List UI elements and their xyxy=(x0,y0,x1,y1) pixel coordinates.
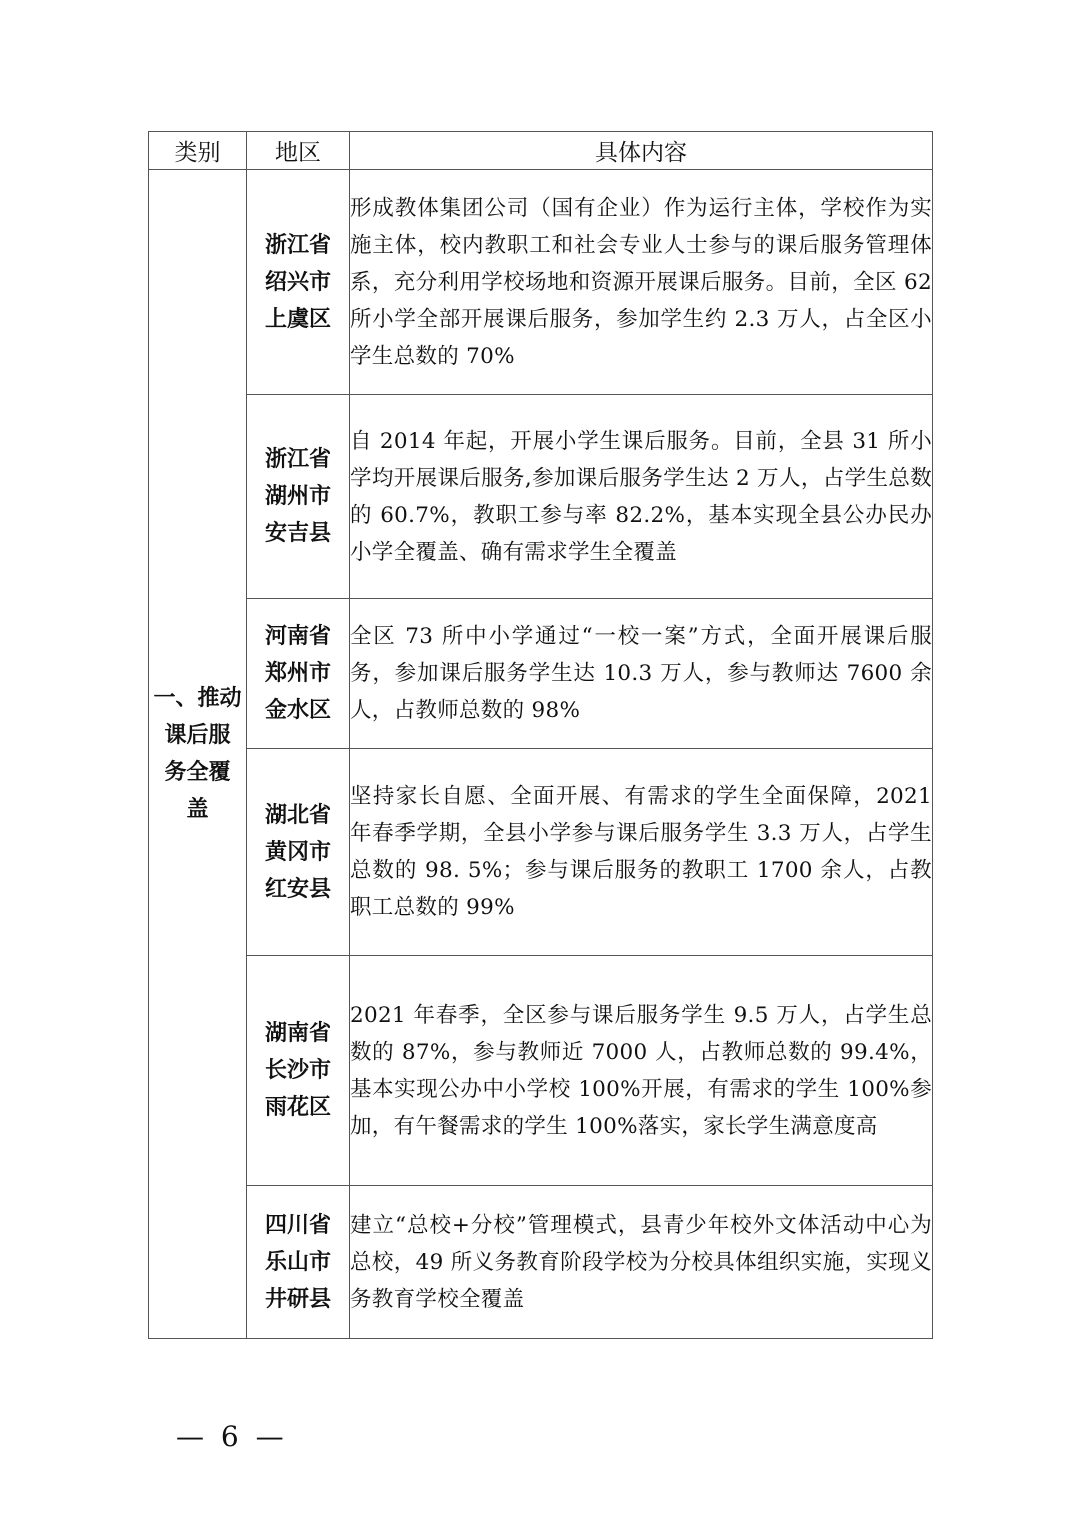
province: 浙江省 xyxy=(247,441,349,478)
content-cell: 坚持家长自愿、全面开展、有需求的学生全面保障，2021 年春季学期，全县小学参与… xyxy=(350,749,933,956)
district: 井研县 xyxy=(247,1281,349,1318)
province: 湖北省 xyxy=(247,797,349,834)
region-cell: 河南省 郑州市 金水区 xyxy=(247,599,350,749)
province: 河南省 xyxy=(247,618,349,655)
district: 上虞区 xyxy=(247,301,349,338)
table-row: 湖南省 长沙市 雨花区 2021 年春季，全区参与课后服务学生 9.5 万人，占… xyxy=(149,956,933,1186)
district: 红安县 xyxy=(247,871,349,908)
category-line: 务全覆 xyxy=(149,754,246,791)
category-cell: 一、推动 课后服 务全覆 盖 xyxy=(149,170,247,1339)
table-row: 湖北省 黄冈市 红安县 坚持家长自愿、全面开展、有需求的学生全面保障，2021 … xyxy=(149,749,933,956)
content-cell: 自 2014 年起，开展小学生课后服务。目前，全县 31 所小学均开展课后服务,… xyxy=(350,395,933,599)
page-number: — 6 — xyxy=(176,1420,288,1453)
region-cell: 四川省 乐山市 井研县 xyxy=(247,1186,350,1339)
content-cell: 2021 年春季，全区参与课后服务学生 9.5 万人，占学生总数的 87%，参与… xyxy=(350,956,933,1186)
province: 浙江省 xyxy=(247,227,349,264)
district: 雨花区 xyxy=(247,1089,349,1126)
region-cell: 湖北省 黄冈市 红安县 xyxy=(247,749,350,956)
city: 乐山市 xyxy=(247,1244,349,1281)
region-cell: 浙江省 湖州市 安吉县 xyxy=(247,395,350,599)
table-row: 四川省 乐山市 井研县 建立“总校+分校”管理模式，县青少年校外文体活动中心为总… xyxy=(149,1186,933,1339)
header-category: 类别 xyxy=(149,132,247,170)
city: 绍兴市 xyxy=(247,264,349,301)
city: 湖州市 xyxy=(247,478,349,515)
category-line: 一、推动 xyxy=(149,680,246,717)
region-cell: 湖南省 长沙市 雨花区 xyxy=(247,956,350,1186)
table-row: 河南省 郑州市 金水区 全区 73 所中小学通过“一校一案”方式，全面开展课后服… xyxy=(149,599,933,749)
policy-table: 类别 地区 具体内容 一、推动 课后服 务全覆 盖 浙江省 绍兴市 上虞区 形成… xyxy=(148,131,933,1339)
city: 长沙市 xyxy=(247,1052,349,1089)
region-cell: 浙江省 绍兴市 上虞区 xyxy=(247,170,350,395)
content-cell: 形成教体集团公司（国有企业）作为运行主体，学校作为实施主体，校内教职工和社会专业… xyxy=(350,170,933,395)
category-line: 课后服 xyxy=(149,717,246,754)
content-cell: 全区 73 所中小学通过“一校一案”方式，全面开展课后服务，参加课后服务学生达 … xyxy=(350,599,933,749)
content-cell: 建立“总校+分校”管理模式，县青少年校外文体活动中心为总校，49 所义务教育阶段… xyxy=(350,1186,933,1339)
header-region: 地区 xyxy=(247,132,350,170)
header-content: 具体内容 xyxy=(350,132,933,170)
table-row: 一、推动 课后服 务全覆 盖 浙江省 绍兴市 上虞区 形成教体集团公司（国有企业… xyxy=(149,170,933,395)
category-line: 盖 xyxy=(149,791,246,828)
province: 湖南省 xyxy=(247,1015,349,1052)
province: 四川省 xyxy=(247,1207,349,1244)
district: 安吉县 xyxy=(247,515,349,552)
table-row: 浙江省 湖州市 安吉县 自 2014 年起，开展小学生课后服务。目前，全县 31… xyxy=(149,395,933,599)
table-header-row: 类别 地区 具体内容 xyxy=(149,132,933,170)
district: 金水区 xyxy=(247,692,349,729)
city: 郑州市 xyxy=(247,655,349,692)
city: 黄冈市 xyxy=(247,834,349,871)
